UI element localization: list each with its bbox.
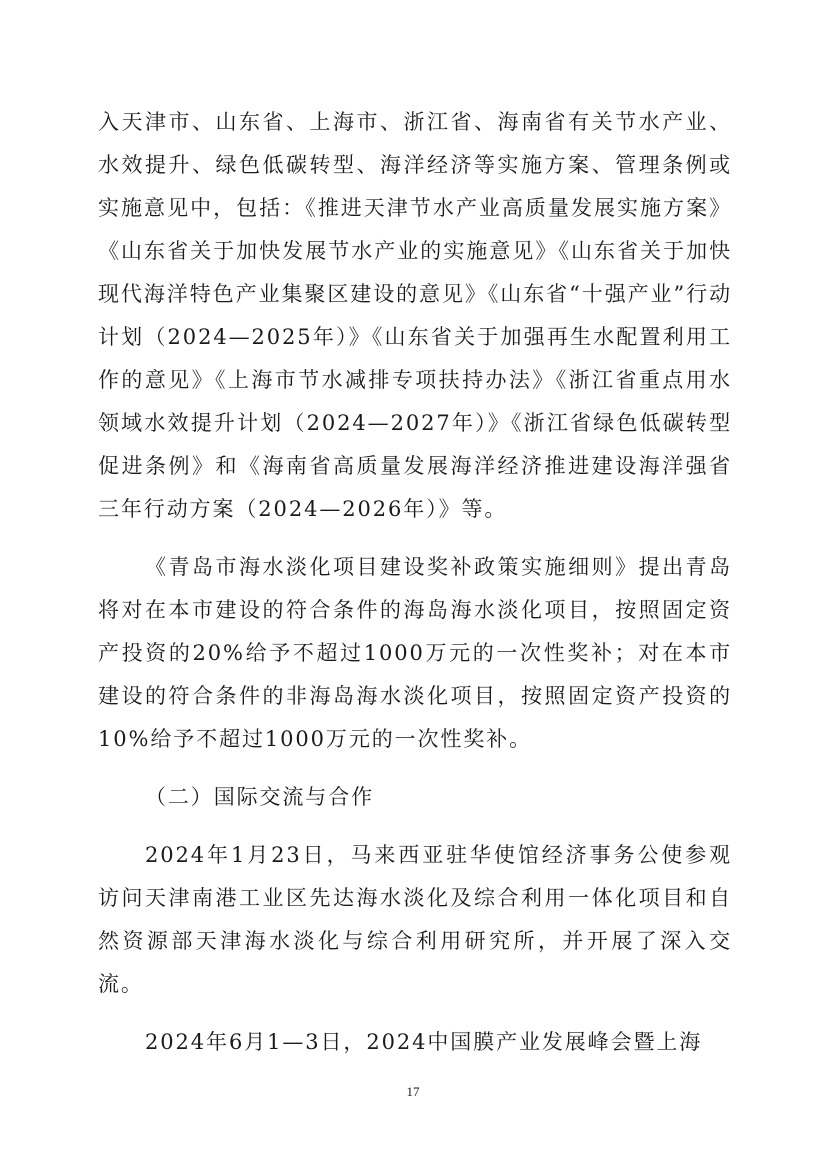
document-page: 入天津市、山东省、上海市、浙江省、海南省有关节水产业、水效提升、绿色低碳转型、海… [0, 0, 826, 1169]
paragraph-malaysia-visit: 2024年1月23日，马来西亚驻华使馆经济事务公使参观访问天津南港工业区先达海水… [98, 834, 732, 1006]
paragraph-membrane-summit: 2024年6月1—3日，2024中国膜产业发展峰会暨上海 [98, 1021, 732, 1064]
section-heading-international-cooperation: （二）国际交流与合作 [98, 776, 732, 819]
document-body: 入天津市、山东省、上海市、浙江省、海南省有关节水产业、水效提升、绿色低碳转型、海… [98, 101, 732, 1079]
paragraph-policy-list: 入天津市、山东省、上海市、浙江省、海南省有关节水产业、水效提升、绿色低碳转型、海… [98, 101, 732, 531]
paragraph-qingdao-subsidy: 《青岛市海水淡化项目建设奖补政策实施细则》提出青岛将对在本市建设的符合条件的海岛… [98, 546, 732, 761]
page-number: 17 [0, 1084, 826, 1100]
